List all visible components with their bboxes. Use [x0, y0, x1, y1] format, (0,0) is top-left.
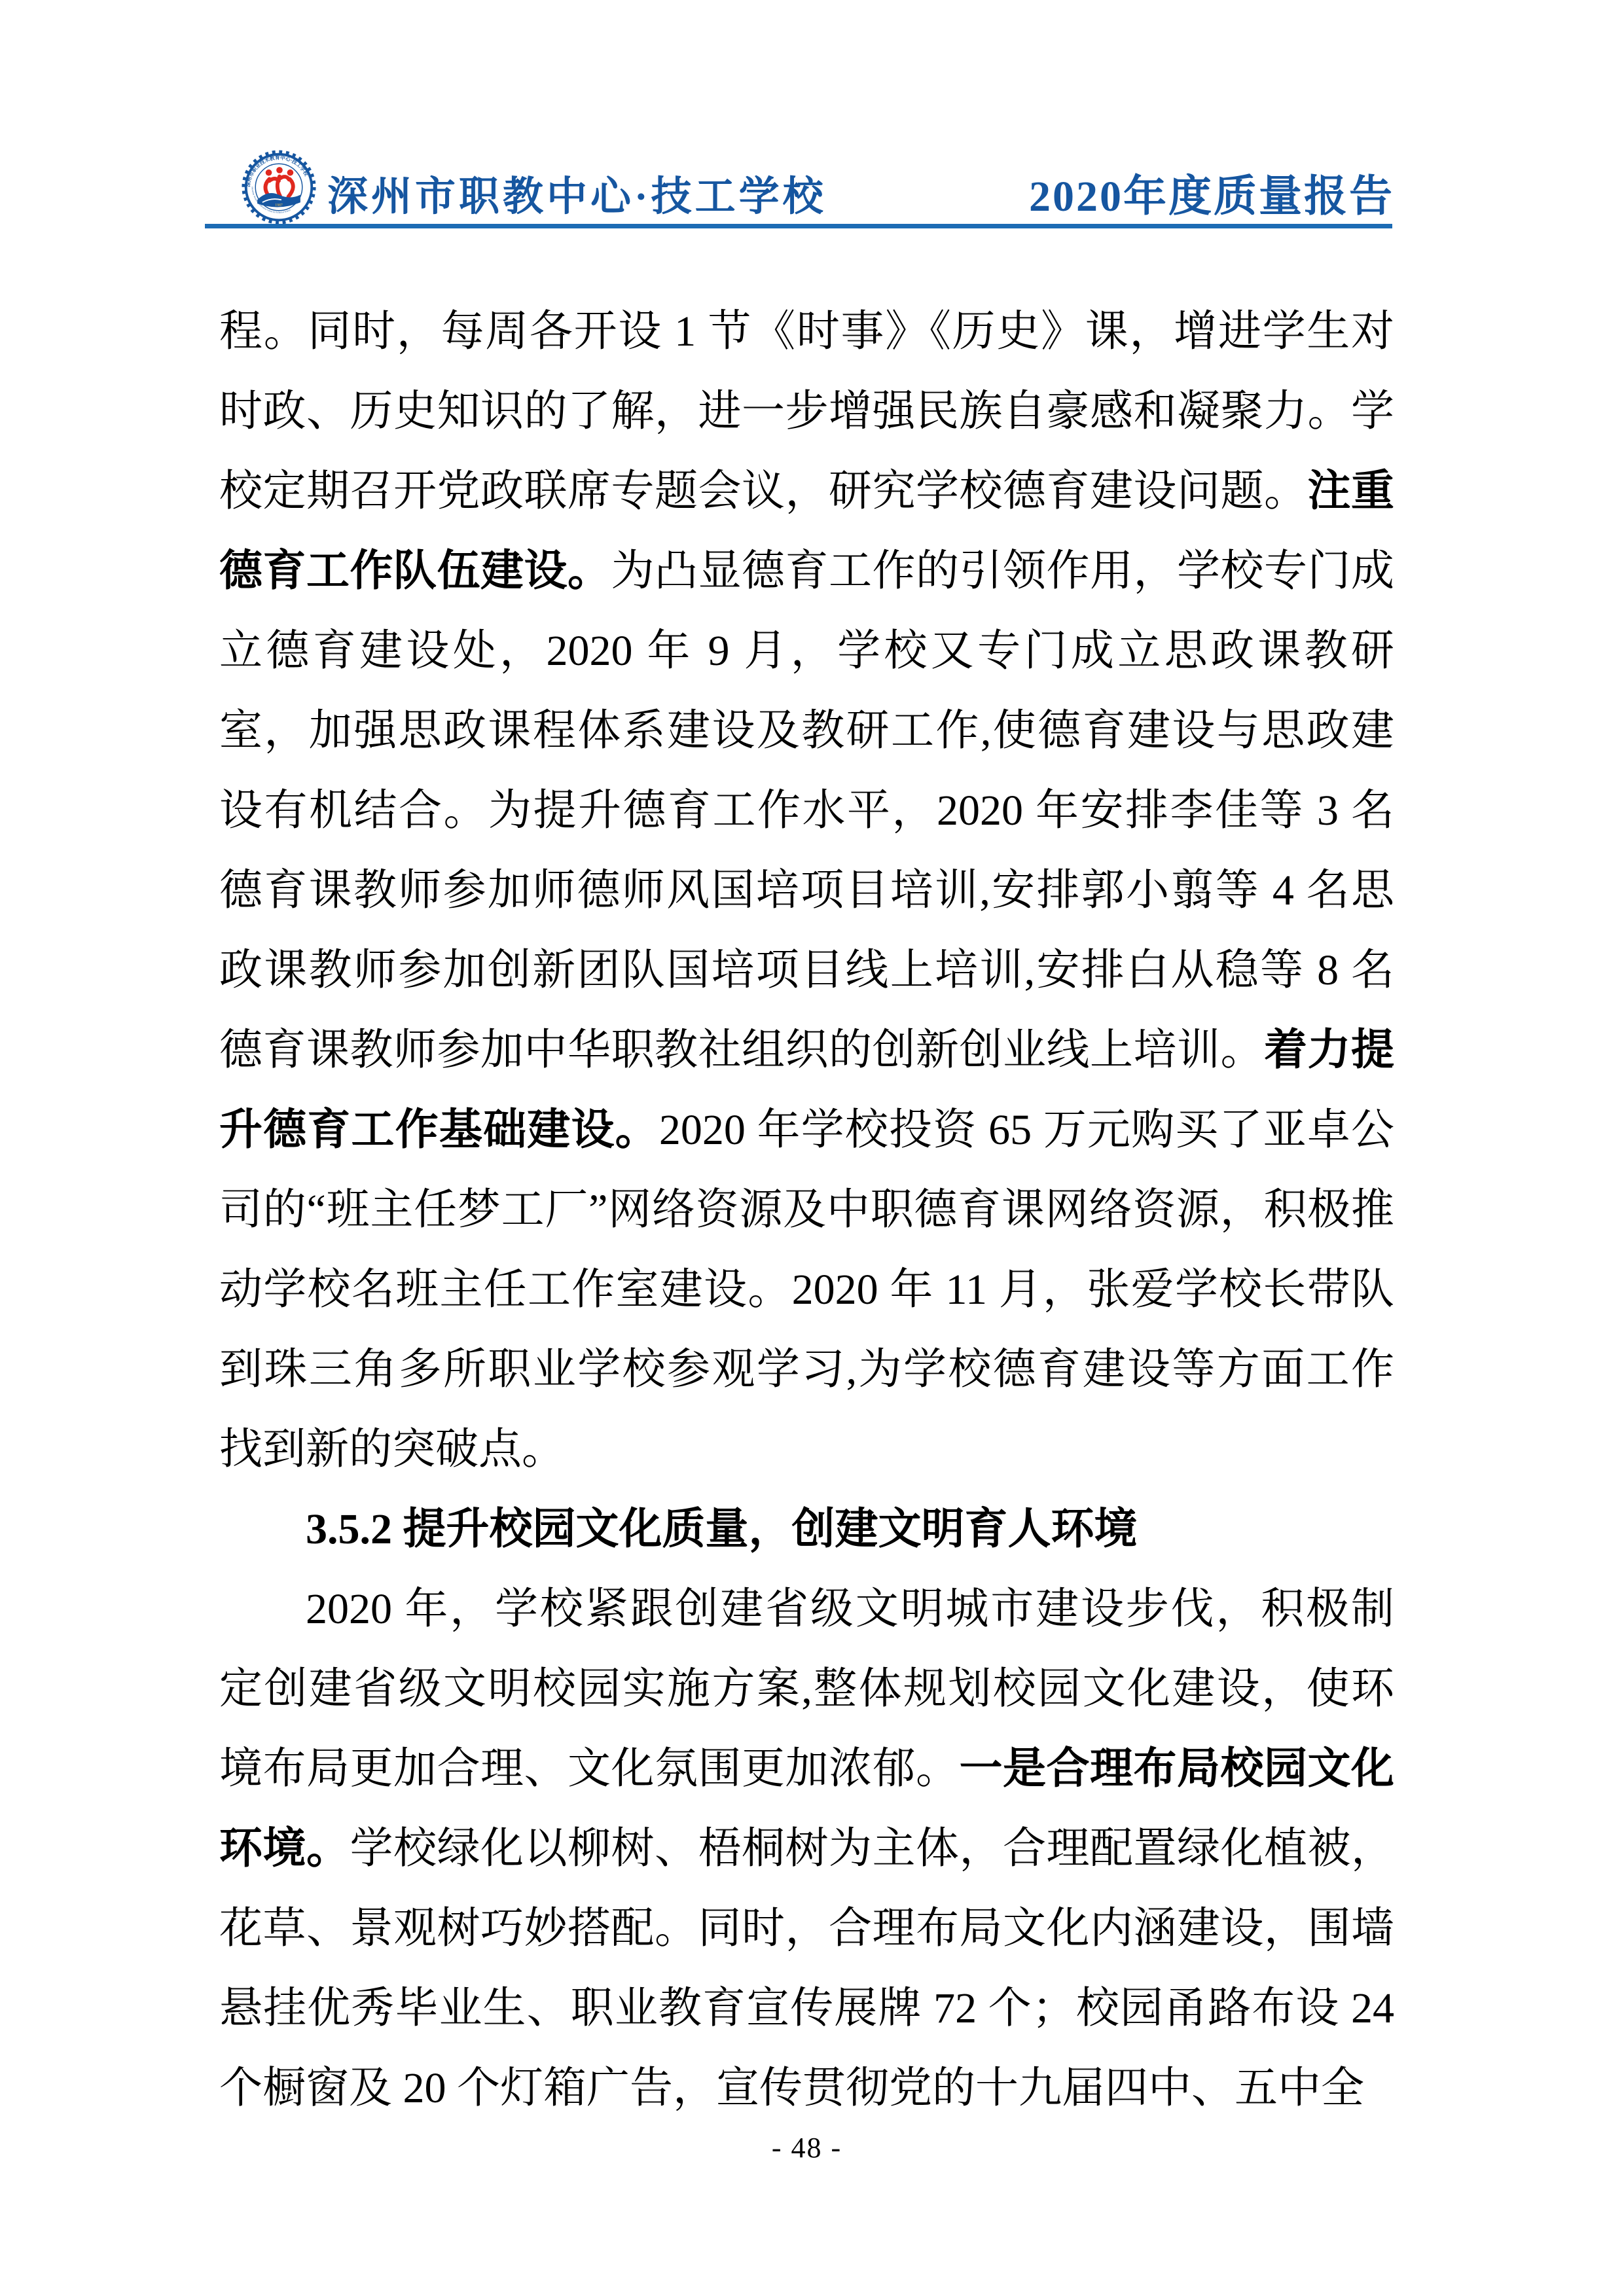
paragraph-1-text-2: 为凸显德育工作的引领作用，学校专门成立德育建设处，2020 年 9 月，学校又专…	[219, 547, 1394, 1074]
paragraph-1-text-3: 2020 年学校投资 65 万元购买了亚卓公司的“班主任梦工厂”网络资源及中职德…	[219, 1106, 1394, 1473]
school-name: 深州市职教中心·技工学校	[327, 164, 827, 222]
paragraph-1: 程。同时，每周各开设 1 节《时事》《历史》课，增进学生对时政、历史知识的了解，…	[219, 292, 1394, 1490]
page-header: 深州市职业技术教育中心·技工学校 Shenzhou Vocational Edu…	[219, 148, 1394, 230]
page-number: - 48 -	[772, 2132, 842, 2164]
document-body: 程。同时，每周各开设 1 节《时事》《历史》课，增进学生对时政、历史知识的了解，…	[219, 292, 1394, 2128]
document-page: 深州市职业技术教育中心·技工学校 Shenzhou Vocational Edu…	[0, 0, 1624, 2296]
logo-year: 1987	[275, 204, 283, 207]
header-divider	[205, 224, 1392, 228]
paragraph-1-text: 程。同时，每周各开设 1 节《时事》《历史》课，增进学生对时政、历史知识的了解，…	[219, 308, 1394, 515]
paragraph-2-text-2: 学校绿化以柳树、梧桐树为主体，合理配置绿化植被，花草、景观树巧妙搭配。同时，合理…	[219, 1825, 1394, 2112]
report-title: 2020年度质量报告	[1029, 161, 1394, 223]
section-heading: 3.5.2 提升校园文化质量，创建文明育人环境	[219, 1490, 1394, 1570]
paragraph-2: 2020 年，学校紧跟创建省级文明城市建设步伐，积极制定创建省级文明校园实施方案…	[219, 1570, 1394, 2128]
page-footer: - 48 -	[219, 2131, 1394, 2164]
school-logo-icon: 深州市职业技术教育中心·技工学校 Shenzhou Vocational Edu…	[241, 149, 317, 225]
